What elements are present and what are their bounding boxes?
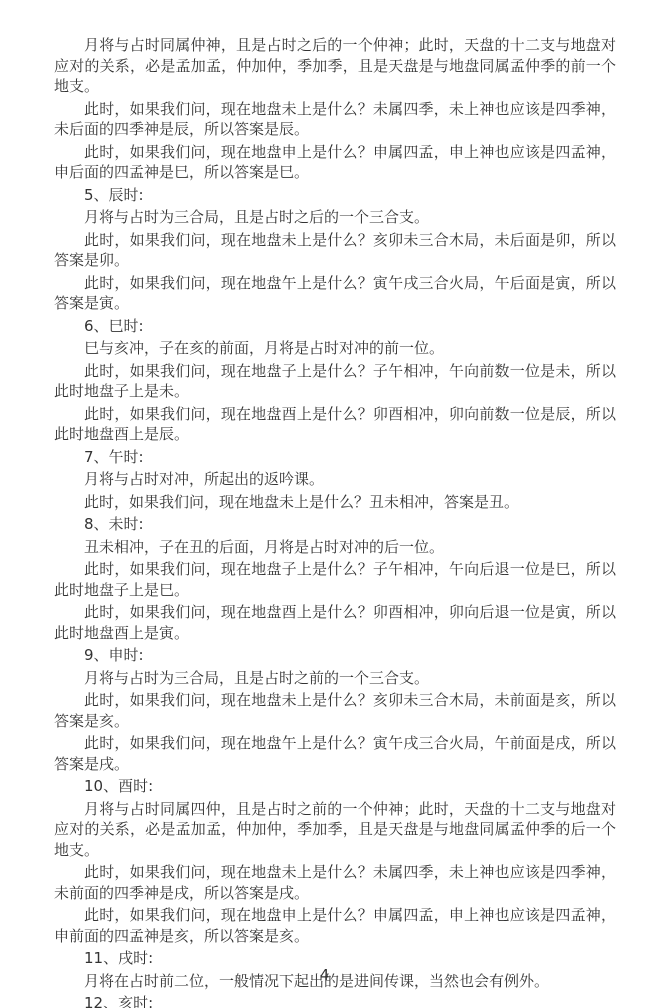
section-heading: 5、辰时: bbox=[54, 185, 616, 206]
paragraph: 此时，如果我们问，现在地盘未上是什么？未属四季，未上神也应该是四季神，未后面的四… bbox=[54, 99, 616, 140]
paragraph: 月将与占时同属四仲，且是占时之前的一个仲神；此时，天盘的十二支与地盘对应对的关系… bbox=[54, 799, 616, 861]
section-heading: 9、申时: bbox=[54, 645, 616, 666]
paragraph: 巳与亥冲，子在亥的前面，月将是占时对冲的前一位。 bbox=[54, 338, 616, 359]
section-heading: 7、午时: bbox=[54, 447, 616, 468]
paragraph: 月将与占时为三合局，且是占时之后的一个三合支。 bbox=[54, 207, 616, 228]
page-number: 4 bbox=[320, 966, 330, 984]
paragraph: 月将与占时对冲，所起出的返吟课。 bbox=[54, 469, 616, 490]
document-page: 月将与占时同属仲神，且是占时之后的一个仲神；此时，天盘的十二支与地盘对应对的关系… bbox=[0, 0, 649, 1008]
paragraph: 此时，如果我们问，现在地盘午上是什么？寅午戌三合火局，午后面是寅，所以答案是寅。 bbox=[54, 273, 616, 314]
paragraph: 此时，如果我们问，现在地盘酉上是什么？卯酉相冲，卯向后退一位是寅，所以此时地盘酉… bbox=[54, 602, 616, 643]
page-footer: 4 bbox=[0, 966, 649, 984]
document-body: 月将与占时同属仲神，且是占时之后的一个仲神；此时，天盘的十二支与地盘对应对的关系… bbox=[54, 35, 616, 1008]
paragraph: 月将与占时为三合局，且是占时之前的一个三合支。 bbox=[54, 668, 616, 689]
section-heading: 8、未时: bbox=[54, 514, 616, 535]
paragraph: 此时，如果我们问，现在地盘午上是什么？寅午戌三合火局，午前面是戌，所以答案是戌。 bbox=[54, 733, 616, 774]
paragraph: 此时，如果我们问，现在地盘未上是什么？亥卯未三合木局，未后面是卯，所以答案是卯。 bbox=[54, 230, 616, 271]
paragraph: 此时，如果我们问，现在地盘申上是什么？申属四孟，申上神也应该是四孟神，申后面的四… bbox=[54, 142, 616, 183]
paragraph: 此时，如果我们问，现在地盘未上是什么？亥卯未三合木局，未前面是亥，所以答案是亥。 bbox=[54, 690, 616, 731]
paragraph: 此时，如果我们问，现在地盘子上是什么？子午相冲，午向后退一位是巳，所以此时地盘子… bbox=[54, 559, 616, 600]
paragraph: 此时，如果我们问，现在地盘酉上是什么？卯酉相冲，卯向前数一位是辰，所以此时地盘酉… bbox=[54, 404, 616, 445]
paragraph: 此时，如果我们问，现在地盘子上是什么？子午相冲，午向前数一位是未，所以此时地盘子… bbox=[54, 361, 616, 402]
paragraph: 此时，如果我们问，现在地盘未上是什么？丑未相冲，答案是丑。 bbox=[54, 492, 616, 513]
paragraph: 此时，如果我们问，现在地盘未上是什么？未属四季，未上神也应该是四季神，未前面的四… bbox=[54, 862, 616, 903]
paragraph: 此时，如果我们问，现在地盘申上是什么？申属四孟，申上神也应该是四孟神，申前面的四… bbox=[54, 905, 616, 946]
paragraph: 丑未相冲，子在丑的后面，月将是占时对冲的后一位。 bbox=[54, 537, 616, 558]
section-heading: 12、亥时: bbox=[54, 993, 616, 1008]
paragraph: 月将与占时同属仲神，且是占时之后的一个仲神；此时，天盘的十二支与地盘对应对的关系… bbox=[54, 35, 616, 97]
section-heading: 6、巳时: bbox=[54, 316, 616, 337]
section-heading: 10、酉时: bbox=[54, 776, 616, 797]
